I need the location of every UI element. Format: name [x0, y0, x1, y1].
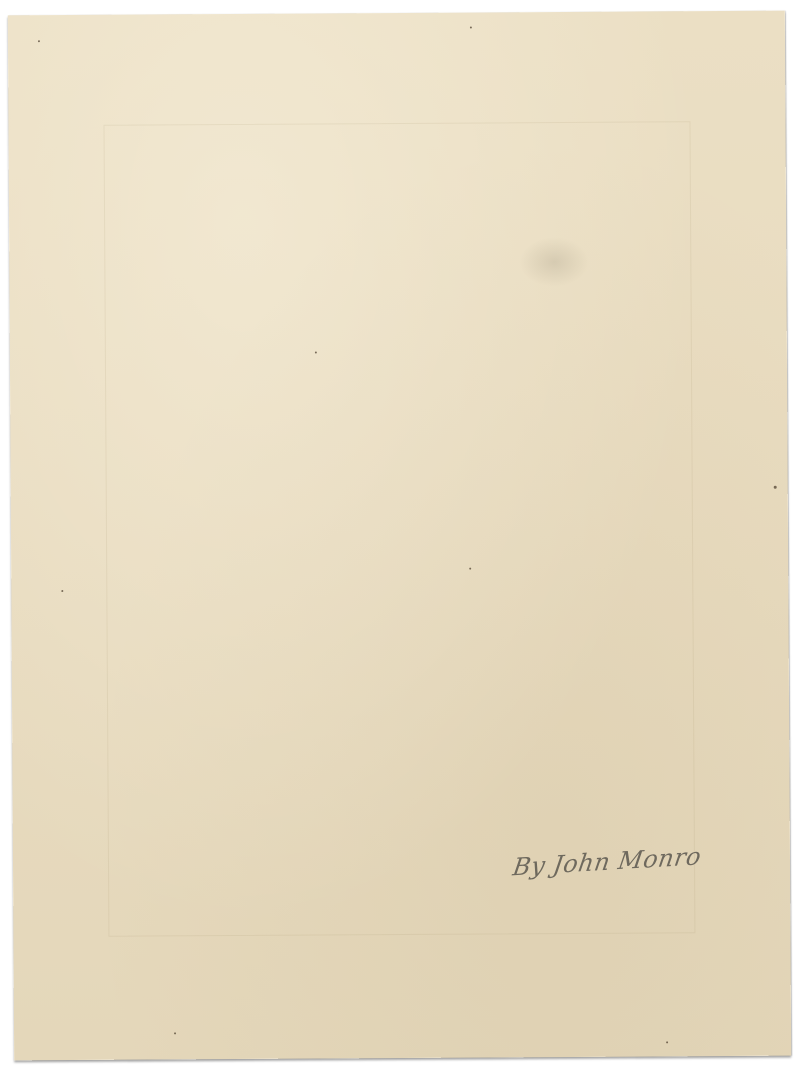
smudge-mark — [519, 237, 589, 287]
paper-speck — [470, 27, 472, 29]
paper-speck — [174, 1032, 176, 1034]
paper-speck — [61, 590, 63, 592]
paper-sheet: By John Monro — [8, 11, 791, 1061]
paper-speck — [774, 486, 777, 489]
plate-mark — [103, 121, 695, 937]
paper-speck — [315, 352, 317, 354]
paper-speck — [469, 568, 471, 570]
paper-speck — [38, 40, 40, 42]
paper-speck — [666, 1041, 668, 1043]
